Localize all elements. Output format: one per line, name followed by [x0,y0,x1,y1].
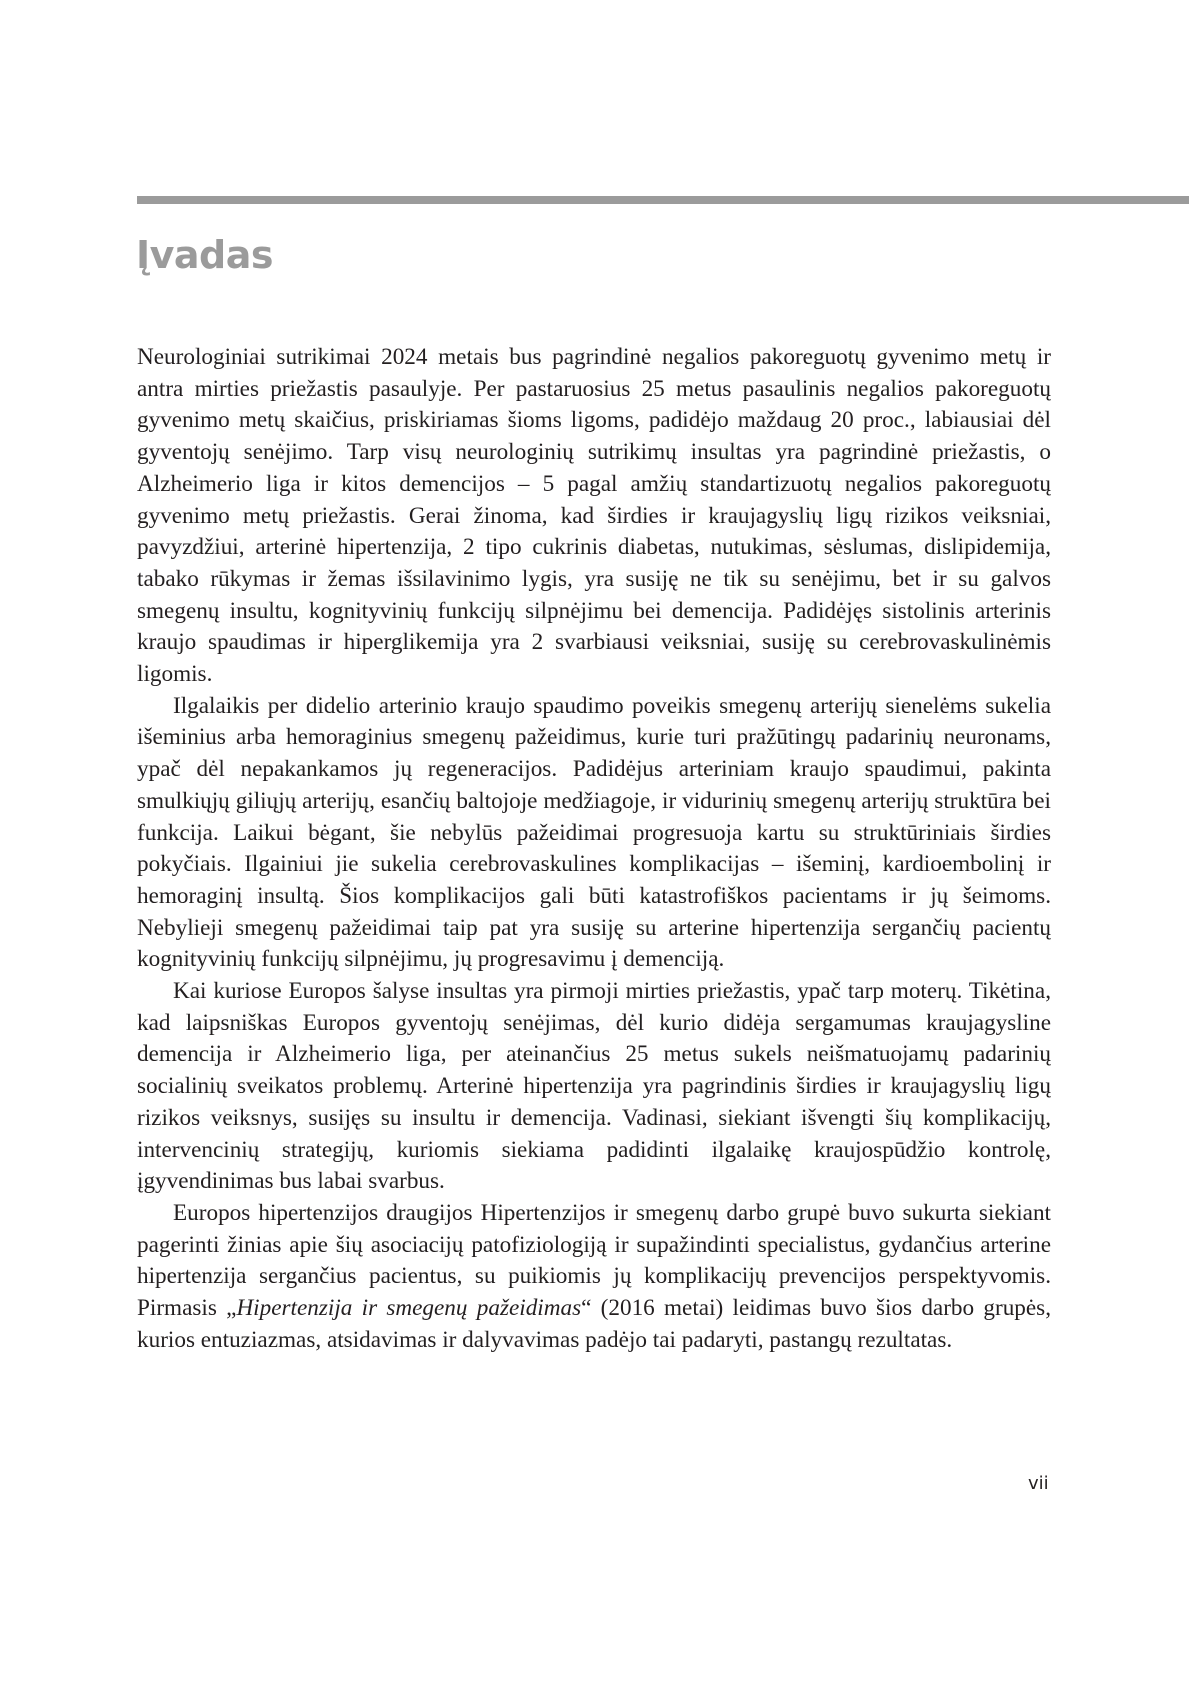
page-number: vii [1028,1473,1049,1494]
chapter-title: Įvadas [136,228,273,282]
paragraph-3: Kai kuriose Europos šalyse insultas yra … [137,976,1051,1198]
body-text: Neurologiniai sutrikimai 2024 metais bus… [137,342,1051,1357]
cited-book-title: Hipertenzija ir smegenų pažei­dimas [236,1295,581,1321]
paragraph-4: Europos hipertenzijos draugijos Hiperten… [137,1198,1051,1357]
paragraph-2: Ilgalaikis per didelio arterinio kraujo … [137,691,1051,976]
chapter-rule [137,196,1189,204]
paragraph-1: Neurologiniai sutrikimai 2024 metais bus… [137,342,1051,691]
